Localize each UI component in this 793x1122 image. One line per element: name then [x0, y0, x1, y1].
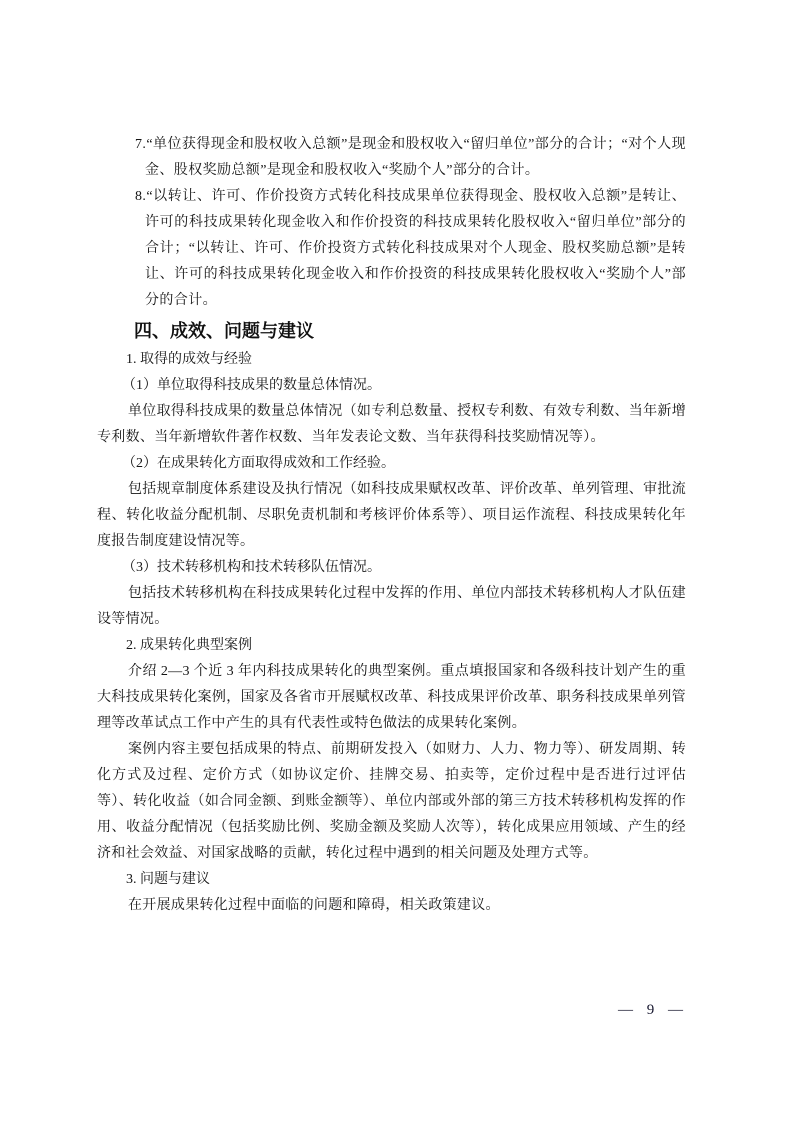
note-number: 7.	[135, 137, 146, 152]
body-paragraph: 单位取得科技成果的数量总体情况（如专利总数量、授权专利数、有效专利数、当年新增专…	[97, 399, 686, 451]
note-item-7: 7.“单位获得现金和股权收入总额”是现金和股权收入“留归单位”部分的合计；“对个…	[135, 132, 686, 184]
document-page: 7.“单位获得现金和股权收入总额”是现金和股权收入“留归单位”部分的合计；“对个…	[0, 0, 793, 1122]
body-paragraph: 包括规章制度体系建设及执行情况（如科技成果赋权改革、评价改革、单列管理、审批流程…	[97, 477, 686, 555]
body-paragraph: 包括技术转移机构在科技成果转化过程中发挥的作用、单位内部技术转移机构人才队伍建设…	[97, 581, 686, 633]
paren-item-3: （3）技术转移机构和技术转移队伍情况。	[97, 555, 686, 581]
section-heading: 四、成效、问题与建议	[97, 317, 686, 345]
note-text: “以转让、许可、作价投资方式转化科技成果单位获得现金、股权收入总额”是转让、许可…	[145, 189, 686, 308]
paren-item-1: （1）单位取得科技成果的数量总体情况。	[97, 373, 686, 399]
subsection-heading-3: 3. 问题与建议	[97, 867, 686, 893]
note-text: “单位获得现金和股权收入总额”是现金和股权收入“留归单位”部分的合计；“对个人现…	[145, 137, 686, 178]
body-paragraph: 在开展成果转化过程中面临的问题和障碍，相关政策建议。	[97, 893, 686, 919]
subsection-heading-2: 2. 成果转化典型案例	[97, 633, 686, 659]
note-number: 8.	[135, 189, 146, 204]
body-paragraph: 案例内容主要包括成果的特点、前期研发投入（如财力、人力、物力等）、研发周期、转化…	[97, 737, 686, 867]
page-number: — 9 —	[618, 1000, 683, 1020]
note-item-8: 8.“以转让、许可、作价投资方式转化科技成果单位获得现金、股权收入总额”是转让、…	[135, 184, 686, 314]
subsection-heading-1: 1. 取得的成效与经验	[97, 347, 686, 373]
page-content: 7.“单位获得现金和股权收入总额”是现金和股权收入“留归单位”部分的合计；“对个…	[97, 132, 686, 919]
paren-item-2: （2）在成果转化方面取得成效和工作经验。	[97, 451, 686, 477]
body-paragraph: 介绍 2—3 个近 3 年内科技成果转化的典型案例。重点填报国家和各级科技计划产…	[97, 659, 686, 737]
